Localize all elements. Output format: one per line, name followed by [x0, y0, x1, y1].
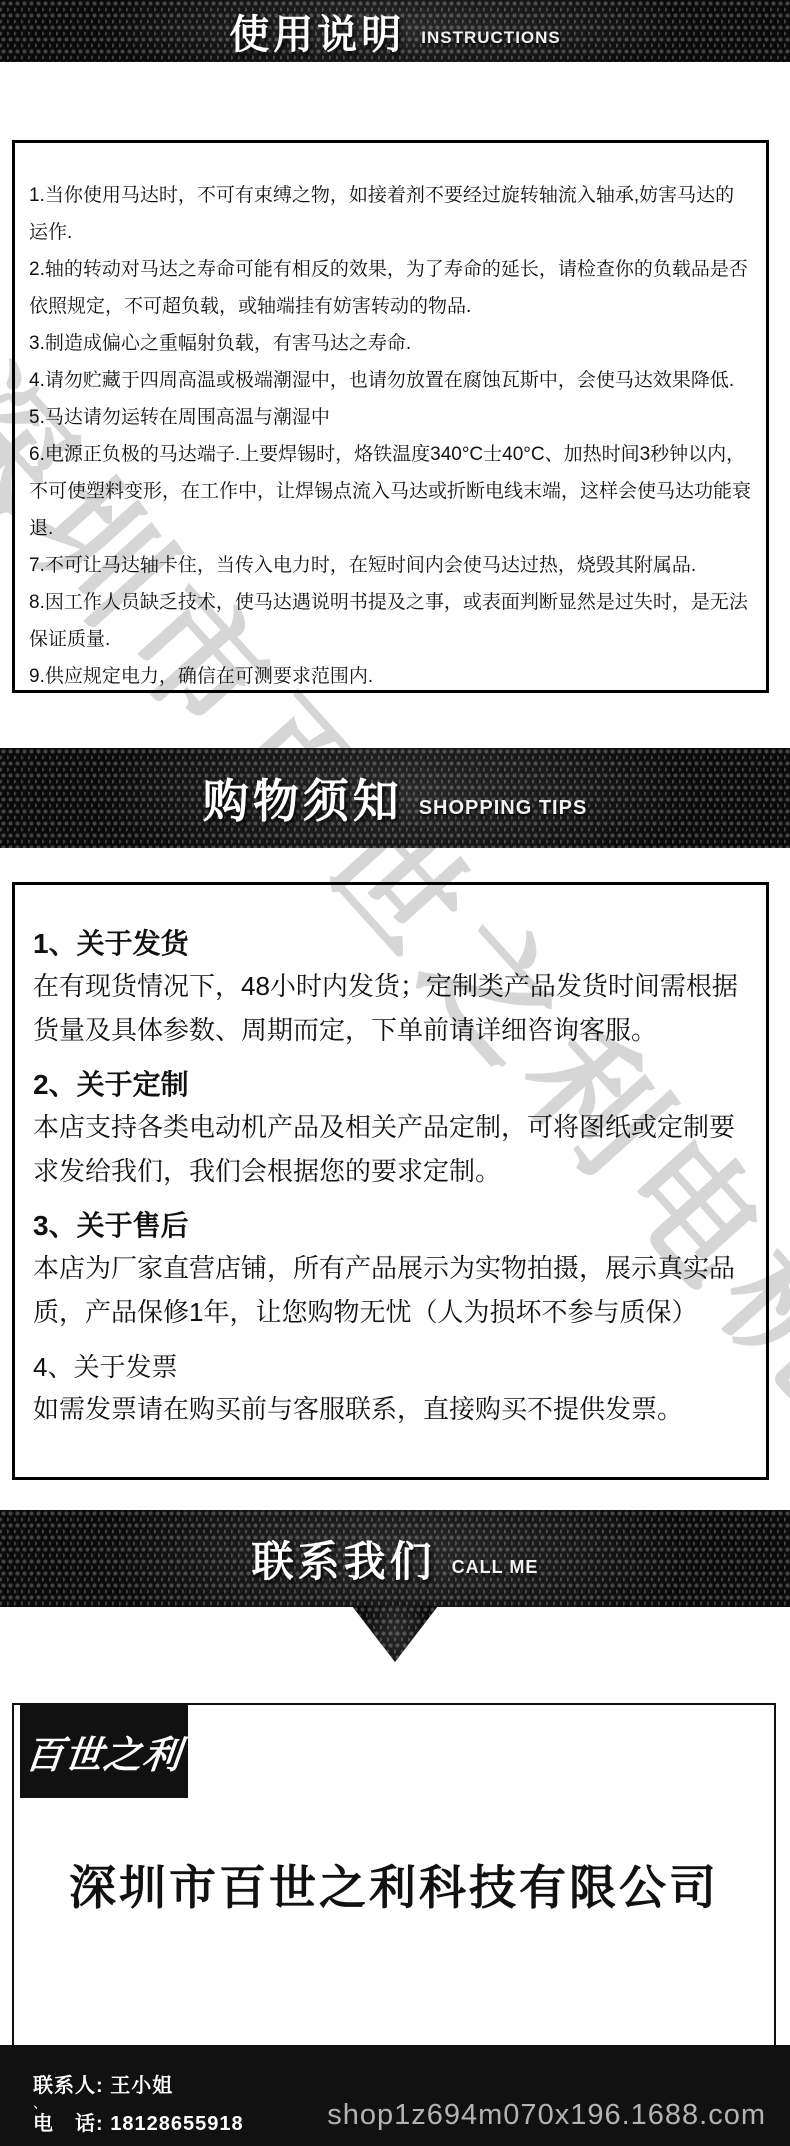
instructions-box: 1.当你使用马达时，不可有束缚之物，如接着剂不要经过旋转轴流入轴承,妨害马达的运…: [12, 140, 769, 693]
contact-banner-subtitle: CALL ME: [452, 1557, 539, 1578]
instruction-item: 9.供应规定电力，确信在可测要求范围内.: [29, 658, 752, 695]
product-detail-page: 深圳市百世之利电机 使用说明 INSTRUCTIONS 1.当你使用马达时，不可…: [0, 0, 790, 2146]
tip-body-invoice: 如需发票请在购买前与客服联系，直接购买不提供发票。: [33, 1387, 748, 1431]
contact-card: 百世之利 深圳市百世之利科技有限公司: [12, 1703, 776, 2045]
shop-url-link[interactable]: shop1z694m070x196.1688.com: [327, 2099, 766, 2132]
banner-pointer-triangle: [352, 1606, 438, 1662]
contact-person: 联系人: 王小姐: [33, 2069, 173, 2098]
contact-banner: 联系我们 CALL ME: [0, 1510, 790, 1607]
contact-banner-title: 联系我们: [252, 1529, 436, 1589]
instruction-item: 6.电源正负极的马达端子.上要焊锡时，烙铁温度340°C士40°C、加热时间3秒…: [29, 436, 752, 547]
instructions-banner-title: 使用说明: [229, 3, 405, 60]
tip-heading-aftersales: 3、关于售后: [33, 1206, 748, 1246]
company-logo: 百世之利: [20, 1705, 188, 1798]
company-logo-text: 百世之利: [23, 1724, 185, 1779]
shopping-tips-banner-subtitle: SHOPPING TIPS: [419, 797, 588, 820]
instruction-item: 2.轴的转动对马达之寿命可能有相反的效果，为了寿命的延长，请检查你的负载品是否依…: [29, 251, 752, 325]
company-name: 深圳市百世之利科技有限公司: [14, 1851, 774, 1918]
instruction-item: 5.马达请勿运转在周围高温与潮湿中: [29, 399, 752, 436]
tip-heading-shipping: 1、关于发货: [33, 924, 748, 964]
shopping-tips-box: 1、关于发货 在有现货情况下，48小时内发货；定制类产品发货时间需根据货量及具体…: [12, 882, 769, 1480]
tip-heading-customization: 2、关于定制: [33, 1065, 748, 1105]
instructions-banner-subtitle: INSTRUCTIONS: [421, 28, 561, 48]
shopping-tips-banner: 购物须知 SHOPPING TIPS: [0, 748, 790, 848]
footer-contact-bar: 联系人: 王小姐 、 电 话: 18128655918 shop1z694m07…: [0, 2045, 790, 2146]
instruction-item: 3.制造成偏心之重幅射负载，有害马达之寿命.: [29, 325, 752, 362]
tip-body-aftersales: 本店为厂家直营店铺，所有产品展示为实物拍摄，展示真实品质，产品保修1年，让您购物…: [33, 1246, 748, 1334]
instruction-item: 1.当你使用马达时，不可有束缚之物，如接着剂不要经过旋转轴流入轴承,妨害马达的运…: [29, 177, 752, 251]
tip-heading-invoice: 4、关于发票: [33, 1347, 748, 1387]
instruction-item: 7.不可让马达轴卡住，当传入电力时，在短时间内会使马达过热，烧毁其附属品.: [29, 547, 752, 584]
instruction-item: 8.因工作人员缺乏技术，使马达遇说明书提及之事，或表面判断显然是过失时，是无法保…: [29, 584, 752, 658]
tip-body-shipping: 在有现货情况下，48小时内发货；定制类产品发货时间需根据货量及具体参数、周期而定…: [33, 964, 748, 1052]
tip-body-customization: 本店支持各类电动机产品及相关产品定制，可将图纸或定制要求发给我们，我们会根据您的…: [33, 1105, 748, 1193]
shopping-tips-banner-title: 购物须知: [203, 765, 403, 831]
contact-phone: 电 话: 18128655918: [33, 2107, 244, 2136]
instruction-item: 4.请勿贮藏于四周高温或极端潮湿中，也请勿放置在腐蚀瓦斯中，会使马达效果降低.: [29, 362, 752, 399]
instructions-banner: 使用说明 INSTRUCTIONS: [0, 0, 790, 62]
